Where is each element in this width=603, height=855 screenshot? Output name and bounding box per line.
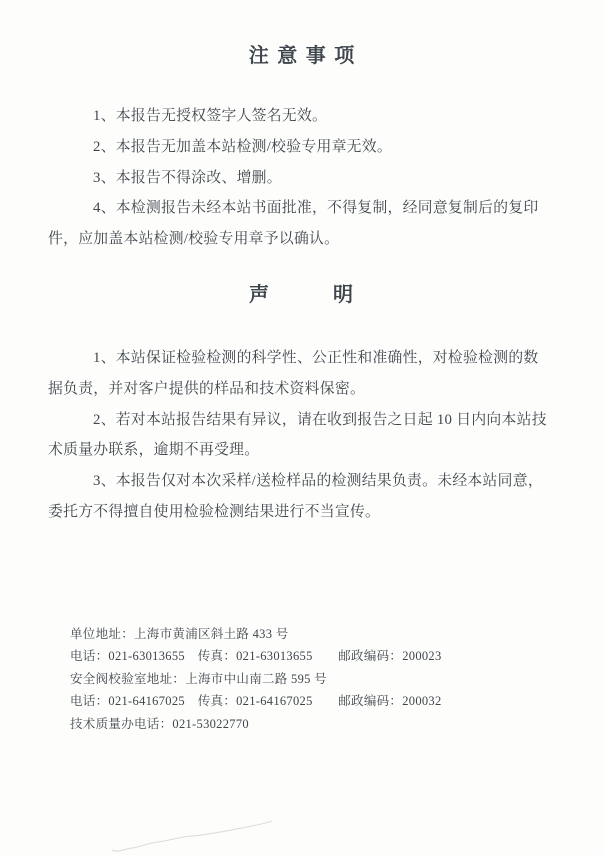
scan-crease-artifact [0, 810, 320, 855]
notice-section-title: 注意事项 [0, 0, 603, 68]
contact-info-block: 单位地址：上海市黄浦区斜土路 433 号 电话：021-63013655 传真：… [0, 623, 603, 736]
scanned-report-page: 注意事项 1、本报告无授权签字人签名无效。 2、本报告无加盖本站检测/校验专用章… [0, 0, 603, 855]
contact-line-phone-fax-postcode: 电话：021-64167025 传真：021-64167025 邮政编码：200… [70, 690, 563, 713]
statement-section: 1、本站保证检验检测的科学性、公正性和准确性，对检验检测的数 据负责，并对客户提… [0, 343, 603, 528]
statement-line: 术质量办联系，逾期不再受理。 [0, 435, 603, 466]
notice-line: 4、本检测报告未经本站书面批准，不得复制，经同意复制后的复印 [0, 193, 603, 224]
notice-line: 2、本报告无加盖本站检测/校验专用章无效。 [0, 132, 603, 163]
statement-line: 2、若对本站报告结果有异议，请在收到报告之日起 10 日内向本站技 [0, 405, 603, 436]
notice-section: 1、本报告无授权签字人签名无效。 2、本报告无加盖本站检测/校验专用章无效。 3… [0, 101, 603, 255]
statement-line: 据负责，并对客户提供的样品和技术资料保密。 [0, 374, 603, 405]
notice-line: 1、本报告无授权签字人签名无效。 [0, 101, 603, 132]
statement-line: 3、本报告仅对本次采样/送检样品的检测结果负责。未经本站同意， [0, 466, 603, 497]
contact-line-address: 单位地址：上海市黄浦区斜土路 433 号 [70, 623, 563, 646]
contact-line-quality-office-phone: 技术质量办电话：021-53022770 [70, 713, 563, 736]
notice-line: 件，应加盖本站检测/校验专用章予以确认。 [0, 224, 603, 255]
statement-line: 1、本站保证检验检测的科学性、公正性和准确性，对检验检测的数 [0, 343, 603, 374]
statement-section-title: 声 明 [0, 283, 603, 307]
statement-line: 委托方不得擅自使用检验检测结果进行不当宣传。 [0, 497, 603, 528]
contact-line-valve-lab-address: 安全阀校验室地址：上海市中山南二路 595 号 [70, 668, 563, 691]
notice-line: 3、本报告不得涂改、增删。 [0, 163, 603, 194]
contact-line-phone-fax-postcode: 电话：021-63013655 传真：021-63013655 邮政编码：200… [70, 645, 563, 668]
